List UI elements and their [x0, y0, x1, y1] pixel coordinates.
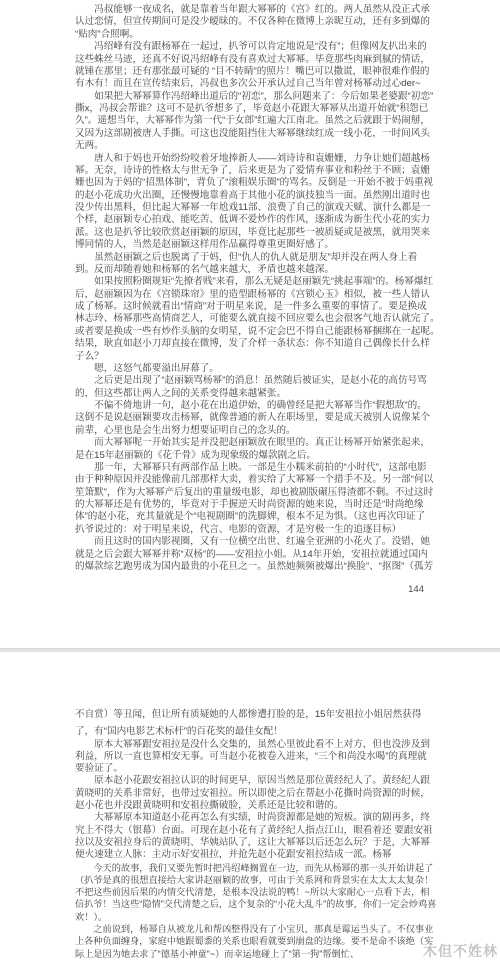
text-line: 便火速建立人脉：主动示好安祖拉，并抢先赵小花跟安祖拉结成一派。杨幂	[75, 849, 500, 861]
text-line: 虽然赵丽颖之后也脱离了于妈，但“仇人的仇人就是朋友”却并没在两人身上看	[75, 252, 500, 264]
text-line: 就是之后会跟大幂幂并称“双杨”的——安祖拉小姐。从14年开始，安祖拉就通过国内	[75, 549, 500, 561]
text-line: 唐人和于妈也开始纷纷咬着牙地捧新人——刘诗诗和袁姗姗，力争让她们超越杨	[75, 153, 500, 165]
text-line: 是在15年赵丽颖的《花千骨》成为现象级的爆款剧之后。	[75, 450, 500, 462]
text-line: 黄晓明的关系非常好，也带过安祖拉。所以即使之后在帮赵小花撕时尚资源的时候，	[75, 788, 500, 800]
text-line: 前辈，心里也是会生出努力想要证明自己的念头的。	[75, 425, 500, 437]
text-line: 信扒爷！当这些“隐情”交代清楚之后，这个复杂的“小花大乱斗”的故事，你们一定会炒…	[75, 898, 500, 910]
text-line: 嗯，这怒气都要溢出屏幕了。	[75, 363, 500, 375]
document-viewport[interactable]: 冯叔能够一夜成名，就是靠着当年跟大幂幂的《宫》红的。两人虽然从没正式承认过恋情，…	[0, 0, 500, 964]
text-line: （扒爷是真的很想直接给大家讲赵丽颖的故事，可由于关系网和背景实在太太太太复杂！	[75, 874, 500, 886]
text-line: 这些蛛丝马迹，还真不好说冯绍峰有没有喜欢过大幂幂。毕竟那些肉麻到腻的情话，	[75, 54, 500, 66]
page-145: 不自赏）等丑闻，但让所有质疑她的人都惨遭打脸的是，15年安祖拉小姐居然获得了，有…	[0, 652, 500, 964]
text-line: 到。反而却随着她和杨幂的名气越来越大，矛盾也越来越深。	[75, 264, 500, 276]
text-line: 笙箫默”，作为大幂幂产后复出的重量级电影，却也被剧版碾压得渣都不剩。不过这时	[75, 487, 500, 499]
text-line: 不把这些前因后果的内情交代清楚，是根本没法说的鸭！~所以大家耐心一点看下去，相	[75, 886, 500, 898]
text-line: 有木有！而且在宣传结束后，冯叔也多次公开承认过自己当年曾对杨幂动过心der~	[75, 78, 500, 90]
page-number: 144	[408, 584, 424, 595]
text-line: 又因为这部剧被唐人手撕。可这也没能阻挡住大幂幂继续红成一线小花，一时间风头	[75, 128, 500, 140]
text-line: 而且这时的国内影视圈，又有一位横空出世、红遍全亚洲的小花火了。没错，她	[75, 536, 500, 548]
text-line: 体”的赵小花，充其量就是个“电视剧圈”的洗脚婢，根本不足为惧。（这也再次印证了	[75, 511, 500, 523]
text-line: 的大幂幂还是有优势的，毕竟对于手握逆天时尚资源的她来说，当时还是“时尚绝缘	[75, 499, 500, 511]
text-line: 的爆款综艺跑男成为国内最贵的小花旦之一。虽然她频频被爆出“换脸”、“抠图”（孤芳	[75, 561, 500, 573]
text-line: 大幂幂原本知道赵小花再怎么有实绩，时尚资源都是她的短板。演的剧再多，终	[75, 812, 500, 824]
text-line: 不偏不倚地讲一句，赵小花在出道伊始，的确曾经是把大幂幂当作“假想敌”的。	[75, 400, 500, 412]
text-line: 的，但这些都让两人之间的关系变得越来越紧张。	[75, 388, 500, 400]
page-144-text: 冯叔能够一夜成名，就是靠着当年跟大幂幂的《宫》红的。两人虽然从没正式承认过恋情，…	[75, 4, 500, 573]
text-line: 原本大幂幂跟安祖拉是没什么交集的，虽然心里彼此看不上对方，但也没涉及到	[75, 739, 500, 751]
text-line: “贴肉”合照啊。	[75, 29, 500, 41]
text-line: 之后更是出现了“赵丽颖骂杨幂”的消息！虽然随后被证实，是赵小花的高仿号骂	[75, 375, 500, 387]
text-line: 今天的故事，我们又要先暂时把冯绍峰搁置在一边，而先从杨幂的那一头开始讲起了	[75, 862, 500, 874]
text-line: 了，有“国内电影艺术标杆”的百花奖的最佳女配！	[75, 726, 500, 738]
text-line: 认过恋情，但宣传期间可是没少暧昧的。不仅各种在微博上亲昵互动，还有多到爆的	[75, 16, 500, 28]
text-line: 原本赵小花跟安祖拉认识的时间更早，原因当然是那位黄经纪人了。黄经纪人跟	[75, 775, 500, 787]
text-line: 无两。	[75, 140, 500, 152]
text-line: 林志玲、杨幂那些高情商艺人，可能要么就直接不回应要么也会很客气地否认就完了。	[75, 313, 500, 325]
text-line: 究上不得大（银幕）台面。可现在赵小花有了黄经纪人指点江山，眼看着还 要跟安祖	[75, 825, 500, 837]
text-line: 的赵小花成功火出圈，还慢慢地靠着高于其他小花的演技独当一面。虽然刚出道时也	[75, 190, 500, 202]
text-line: 派。这也是扒爷比较欣赏赵丽颖的原因，毕竟比起那些一被质疑或是被黑，就用哭来	[75, 227, 500, 239]
text-line: 成了杨幂。这时候就看出“情商”对于明星来说，是一件多么重要的事情了。要是换成	[75, 301, 500, 313]
text-line: 那一年，大幂幂只有两部作品上映。一部是生小糯米前拍的“小时代”，这部电影	[75, 462, 500, 474]
watermark: 木但不姓林	[423, 941, 498, 961]
text-line: 久”。遥想当年，大幂幂作为第一代“于女郎”红遍大江南北。虽然之后就跟于妈闹掰，	[75, 115, 500, 127]
text-line: 姗也因为于妈的“招黑体制”，背负了“滚粗娱乐圈”的骂名。反倒是一开始不被于妈重视	[75, 177, 500, 189]
text-line: 不自赏）等丑闻，但让所有质疑她的人都惨遭打脸的是，15年安祖拉小姐居然获得	[75, 709, 500, 721]
text-line: 撕x，冯叔会帮谁？这可不是扒爷想多了，毕竟赵小花跟大幂幂从出道开始就“积怨已	[75, 103, 500, 115]
text-line: 拉以及安祖拉身后的黄晓明、华姨站队了，这让大幂幂以后还怎么玩？于是，大幂幂	[75, 837, 500, 849]
text-line: 欢！）。	[75, 911, 500, 923]
page-145-text: 不自赏）等丑闻，但让所有质疑她的人都惨遭打脸的是，15年安祖拉小姐居然获得了，有…	[75, 709, 500, 960]
text-line: 而大幂幂呢一开始其实是并没把赵丽颖放在眼里的。真正让杨幂开始紧张起来，	[75, 437, 500, 449]
text-line: 之前说到，杨幂自从被龙儿和帮凶整得没有了小宝贝，那真是霉运当头了。不仅事业	[75, 923, 500, 935]
text-line: 子么？	[75, 351, 500, 363]
text-line: 赵小花也并没跟黄晓明和安祖拉撕破脸，关系还是比较和谐的。	[75, 800, 500, 812]
text-line: 冯叔能够一夜成名，就是靠着当年跟大幂幂的《宫》红的。两人虽然从没正式承	[75, 4, 500, 16]
text-line: 博同情的人，当然是赵丽颖这样用作品赢得尊重更圈好感了。	[75, 239, 500, 251]
text-line: 没少传出黑料，但比起大幂幂一年尬戏11部、浪费了自己的演戏天赋、演什么都是一	[75, 202, 500, 214]
text-line: 结果，耿直如赵小刀却直接在微博，发了介样一条状态：你不知道自己偶像长什么样	[75, 338, 500, 350]
text-line: 幂。无奈，诗诗的性格太与世无争了，后来更是为了爱情弃事业和粉丝于不顾；袁姗	[75, 165, 500, 177]
text-line: 或者要是换成一些有炒作头脑的女明星，说不定会巴不得自己能跟杨幂捆绑在一起呢。	[75, 326, 500, 338]
text-line: 要验证了。	[75, 763, 500, 775]
page-144: 冯叔能够一夜成名，就是靠着当年跟大幂幂的《宫》红的。两人虽然从没正式承认过恋情，…	[0, 0, 500, 647]
text-line: 冯绍峰有没有跟杨幂在一起过，扒爷可以肯定地说是“没有”；但像网友扒出来的	[75, 41, 500, 53]
text-line: 如果把大幂幂算作冯绍峰出道后的“初恋”，那么问题来了：今后如果老婆跟“初恋”	[75, 91, 500, 103]
text-line: 利益，所以一直也算相安无事。可当赵小花被卷入进来，“三个和尚没水喝”的真理就	[75, 751, 500, 763]
text-line: 扒爷说过的：对于明星来说，代言、电影的资源，才是穷极一生的追逐目标）	[75, 524, 500, 536]
text-line: 后，赵丽颖因为在《宫锁珠帘》里的造型跟杨幂的《宫锁心玉》相似，被一些人错认	[75, 289, 500, 301]
text-line: 如果按照粉圈规矩“先撩者贱”来看，那么无疑是赵丽颖先“挑起事端”的。杨幂爆红	[75, 276, 500, 288]
text-line: 就锤在那里；还有那张最可疑的 “目不转睛”的照片！嘴巴可以撒谎，眼神很难作假的	[75, 66, 500, 78]
text-line: 个样，赵丽颖专心拍戏、能吃苦、低调不爱炒作的作风，逐渐成为新生代小花的实力	[75, 214, 500, 226]
text-line: 由于种种原因并没能像前几部那样大卖，着实给了大幂幂一个措手不及。另一部“何以	[75, 474, 500, 486]
text-line: 这倒不是说赵丽颖要攻击杨幂，就像普通的新人在职场里，要是成天被别人说像某个	[75, 412, 500, 424]
